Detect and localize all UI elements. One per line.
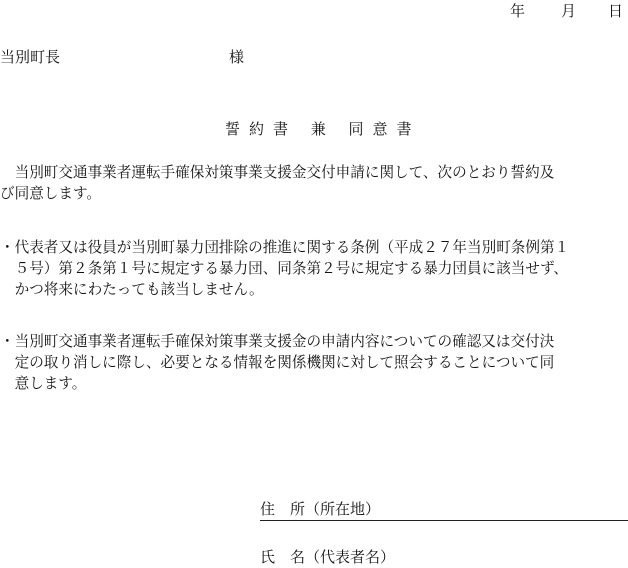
name-signature-field[interactable]: 氏 名（代表者名） <box>260 546 628 568</box>
intro-line: 当別町交通事業者運転手確保対策事業支援金交付申請に関して、次のとおり誓約及 <box>0 162 628 183</box>
pledge-line: かつ将来にわたっても該当しません。 <box>0 279 628 300</box>
date-day: 日 <box>608 0 623 21</box>
date-month: 月 <box>561 0 576 21</box>
pledge-line: 意します。 <box>0 373 628 394</box>
pledge-line: ・代表者又は役員が当別町暴力団排除の推進に関する条例（平成２７年当別町条例第１ <box>0 237 628 258</box>
pledge-line: 定の取り消しに際し、必要となる情報を関係機関に対して照会することについて同 <box>0 352 628 373</box>
pledge-line: ・当別町交通事業者運転手確保対策事業支援金の申請内容についての確認又は交付決 <box>0 331 628 352</box>
date-year: 年 <box>510 0 525 21</box>
address-label: 住 所（所在地） <box>260 500 380 518</box>
pledge-item-2: ・当別町交通事業者運転手確保対策事業支援金の申請内容についての確認又は交付決 定… <box>0 331 628 394</box>
pledge-item-1: ・代表者又は役員が当別町暴力団排除の推進に関する条例（平成２７年当別町条例第１ … <box>0 237 628 300</box>
name-label: 氏 名（代表者名） <box>260 548 395 566</box>
date-line: 年 月 日 <box>0 0 628 20</box>
address-signature-field[interactable]: 住 所（所在地） <box>260 498 628 521</box>
addressee-name: 当別町長 <box>0 46 60 67</box>
intro-line: び同意します。 <box>0 183 628 204</box>
document-title: 誓約書 兼 同意書 <box>225 118 421 139</box>
addressee-honorific: 様 <box>229 46 244 67</box>
pledge-line: ５号）第２条第１号に規定する暴力団、同条第２号に規定する暴力団員に該当せず、 <box>0 258 628 279</box>
intro-paragraph: 当別町交通事業者運転手確保対策事業支援金交付申請に関して、次のとおり誓約及 び同… <box>0 162 628 204</box>
